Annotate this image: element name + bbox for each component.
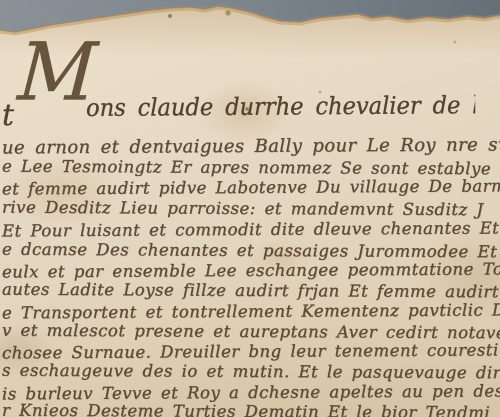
manuscript-line: autes Ladite Loyse fillze audirt frjan E… — [0, 280, 500, 302]
parchment-sheet: t M ons claude durrhe chevalier de lordr… — [0, 0, 500, 417]
manuscript-line: eulx et par ensemble Lee eschangee peomm… — [0, 259, 500, 281]
manuscript-line: ue arnon et dentvaigues Bally pour Le Ro… — [0, 134, 500, 158]
manuscript-line: e Lee Tesmoingtz Er apres nommez Se sont… — [0, 157, 500, 179]
manuscript-line: et femme audirt pidve Labotenve Du villa… — [0, 176, 500, 198]
manuscript-line: r Knieos Desteme Turties Dematin Et le b… — [0, 401, 500, 417]
manuscript-line: rive Desditz Lieu parroisse: et mandemvn… — [0, 198, 500, 220]
manuscript-line: Et Pour luisant et commodit dite dleuve … — [0, 218, 500, 240]
manuscript-line: s eschaugeuve des io et mutin. Et le pas… — [0, 361, 500, 383]
manuscript-line: e Transportent et tontrellement Kementen… — [0, 300, 500, 322]
manuscript-line: e dcamse Des chenantes et passaiges Juro… — [0, 240, 500, 262]
opening-line-text: ons claude durrhe chevalier de lordre — [86, 91, 475, 122]
manuscript-line: chosee Surnaue. Dreuiller bng leur tenem… — [0, 340, 500, 362]
manuscript-line: v et malescot presene et aureptans Aver … — [0, 321, 500, 343]
manuscript-photograph: t M ons claude durrhe chevalier de lordr… — [0, 0, 500, 417]
opening-line-left-fragment: t — [2, 98, 14, 133]
